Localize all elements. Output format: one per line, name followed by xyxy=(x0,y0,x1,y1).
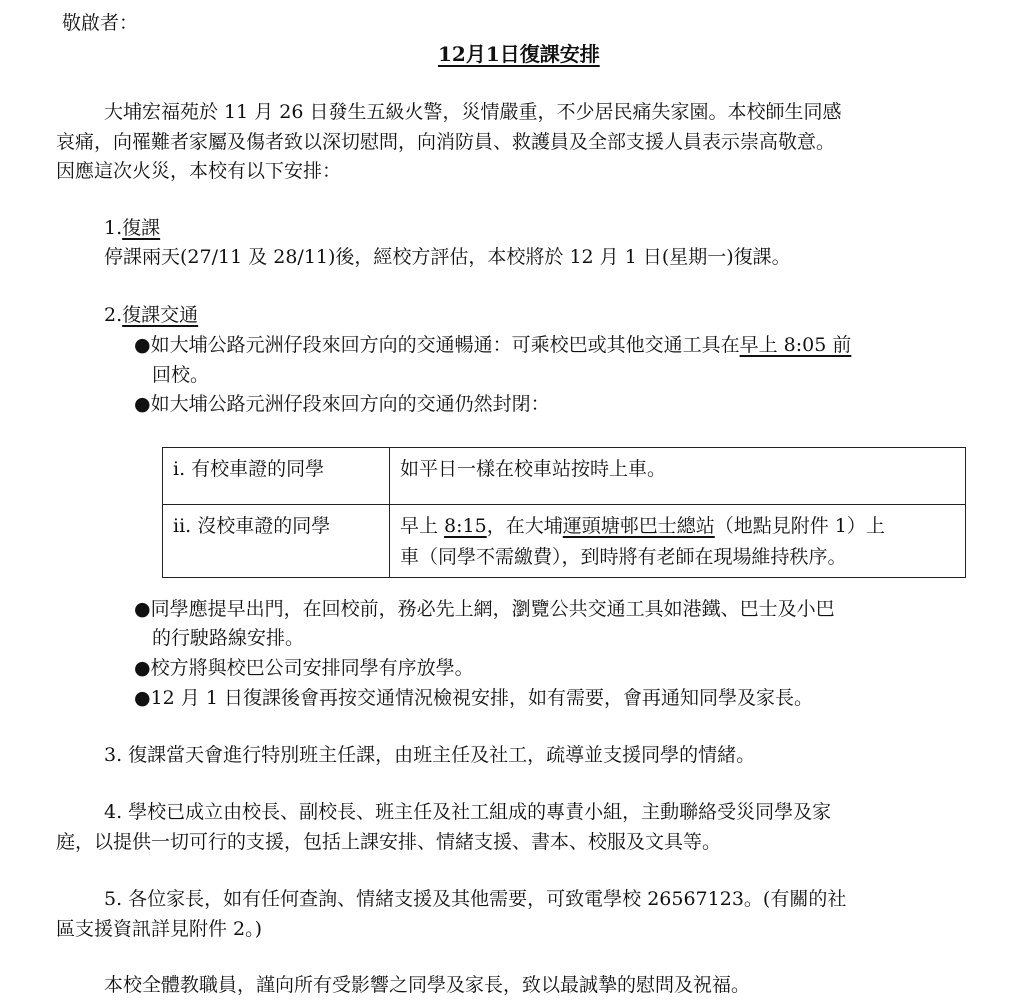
section-3-class-teacher: 3. 復課當天會進行特別班主任課，由班主任及社工，疏導並支援同學的情緒。 xyxy=(104,746,755,765)
bullet-text: ●如大埔公路元洲仔段來回方向的交通暢通：可乘校巴或其他交通工具在 xyxy=(134,334,740,356)
section-title: 復課交通 xyxy=(122,304,198,326)
bullet-dismissal: ●校方將與校巴公司安排同學有序放學。 xyxy=(134,659,474,678)
section-number: 2. xyxy=(104,304,122,326)
bullet-road-closed: ●如大埔公路元洲仔段來回方向的交通仍然封閉： xyxy=(134,395,550,414)
section-5-line-1: 5. 各位家長，如有任何查詢、情緒支援及其他需要，可致電學校 26567123。… xyxy=(104,890,846,909)
cell-text: （地點見附件 1）上 xyxy=(715,515,885,537)
cell-text: 車（同學不需繳費），到時將有老師在現場維持秩序。 xyxy=(400,546,847,568)
pickup-time: 8:15 xyxy=(444,515,487,537)
bullet-check-routes: ●同學應提早出門，在回校前，務必先上網，瀏覽公共交通工具如港鐵、巴士及小巴 xyxy=(134,600,835,619)
section-4-line-2: 庭，以提供一切可行的支援，包括上課安排、情緒支援、書本、校服及文具等。 xyxy=(56,833,721,852)
bus-arrangement-table: i. 有校車證的同學 如平日一樣在校車站按時上車。 ii. 沒校車證的同學 早上… xyxy=(162,447,966,578)
intro-line-2: 哀痛，向罹難者家屬及傷者致以深切慰問，向消防員、救護員及全部支援人員表示崇高敬意… xyxy=(56,133,835,152)
cell-text: ，在大埔 xyxy=(487,515,563,537)
cell-text: 早上 xyxy=(400,515,444,537)
deadline-time: 早上 8:05 前 xyxy=(740,334,852,356)
bullet-road-open: ●如大埔公路元洲仔段來回方向的交通暢通：可乘校巴或其他交通工具在早上 8:05 … xyxy=(134,336,851,355)
table-cell-label: i. 有校車證的同學 xyxy=(163,448,390,505)
table-row: ii. 沒校車證的同學 早上 8:15，在大埔運頭塘邨巴士總站（地點見附件 1）… xyxy=(163,505,966,578)
section-number: 1. xyxy=(104,217,122,239)
bullet-road-open-continuation: 回校。 xyxy=(152,366,209,385)
intro-line-3: 因應這次火災，本校有以下安排： xyxy=(56,162,341,181)
section-5-line-2: 區支援資訊詳見附件 2。) xyxy=(56,920,262,939)
intro-line-1: 大埔宏福苑於 11 月 26 日發生五級火警，災情嚴重，不少居民痛失家園。本校師… xyxy=(104,103,842,122)
section-title: 復課 xyxy=(122,217,160,239)
page-title: 12月1日復課安排 xyxy=(438,44,600,64)
table-cell-label: ii. 沒校車證的同學 xyxy=(163,505,390,578)
closing-remark: 本校全體教職員，謹向所有受影響之同學及家長，致以最誠摯的慰問及祝福。 xyxy=(104,976,750,995)
section-1-heading: 1.復課 xyxy=(104,219,160,238)
section-4-line-1: 4. 學校已成立由校長、副校長、班主任及社工組成的專責小組，主動聯絡受災同學及家 xyxy=(104,803,831,822)
salutation: 敬啟者： xyxy=(62,14,138,33)
bullet-check-routes-continuation: 的行駛路線安排。 xyxy=(152,629,304,648)
table-cell-content: 如平日一樣在校車站按時上車。 xyxy=(390,448,966,505)
bullet-review: ●12 月 1 日復課後會再按交通情況檢視安排，如有需要，會再通知同學及家長。 xyxy=(134,689,813,708)
section-1-body: 停課兩天(27/11 及 28/11)後，經校方評估，本校將於 12 月 1 日… xyxy=(104,248,791,267)
pickup-location: 運頭塘邨巴士總站 xyxy=(563,515,715,537)
table-cell-content: 早上 8:15，在大埔運頭塘邨巴士總站（地點見附件 1）上 車（同學不需繳費），… xyxy=(390,505,966,578)
section-2-heading: 2.復課交通 xyxy=(104,306,198,325)
table-row: i. 有校車證的同學 如平日一樣在校車站按時上車。 xyxy=(163,448,966,505)
